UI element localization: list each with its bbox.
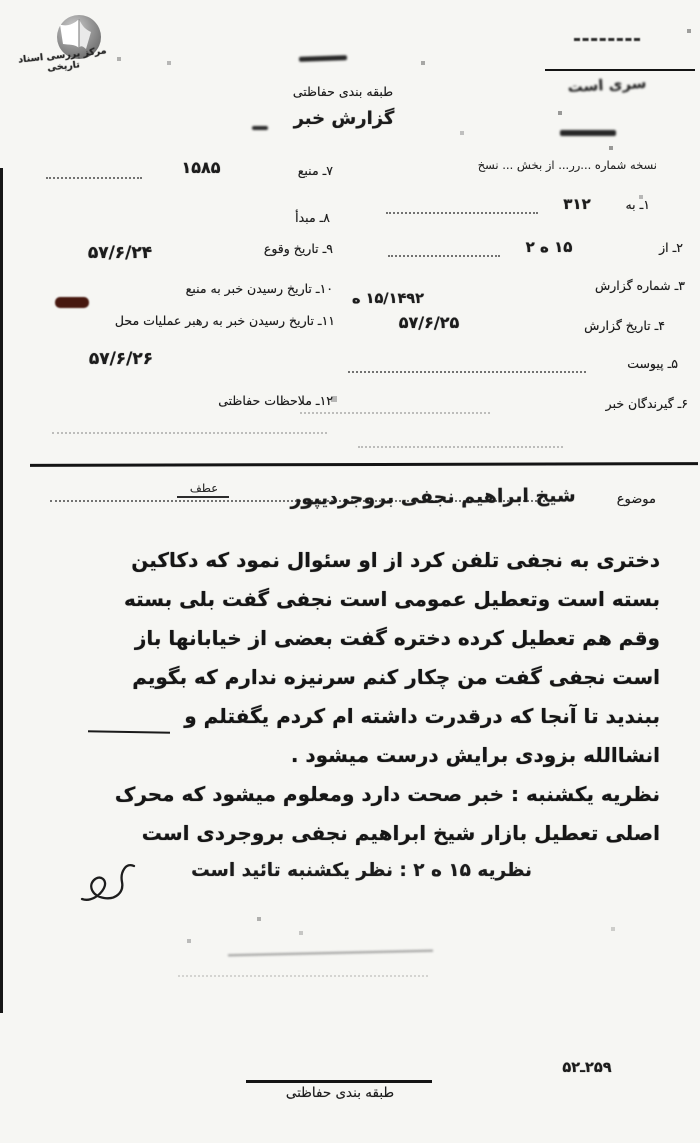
field-6-label: ۶ـ گیرندگان خبر (543, 396, 688, 411)
scanned-report-page: مرکز بررسی اسناد تاریخی سری است طبقه بند… (0, 0, 700, 1143)
ink-smudge (299, 55, 347, 62)
field-1-value: ۳۱۲ (545, 195, 609, 213)
dotted-leader (178, 975, 428, 978)
reference-underline (177, 496, 229, 498)
subject-label: موضوع (594, 492, 656, 507)
faint-scan-line (228, 950, 433, 957)
field-5-label: ۵ـ پیوست (588, 356, 678, 371)
subject-value: شیخ ابراهیم نجفی بروجردیپور (272, 484, 594, 509)
report-body-text: دختری به نجفی تلفن کرد از او سئوال نمود … (38, 541, 660, 853)
field-3-value: ۱۵/۱۴۹۲ ه (328, 291, 448, 307)
field-4-label: ۴ـ تاریخ گزارش (515, 318, 665, 333)
dotted-leader (300, 412, 490, 415)
field-12-label: ۱۲ـ ملاحظات حفاظتی (138, 393, 333, 408)
dotted-leader (348, 371, 586, 374)
field-7-value: ۱۵۸۵ (158, 158, 244, 177)
page-number: ۵۲ـ۲۵۹ (528, 1060, 646, 1076)
signature-scribble-icon (76, 858, 140, 908)
report-title: گزارش خبر (286, 108, 402, 129)
dotted-leader (46, 177, 142, 180)
top-margin-marks (574, 38, 640, 41)
copy-number-line: نسخه شماره ...رر... از بخش ... نسخ (325, 158, 657, 172)
scan-noise (0, 0, 2, 2)
receipt-stamp-blob (55, 297, 89, 308)
field-3-label: ۳ـ شماره گزارش (545, 278, 685, 293)
field-8-label: ۸ـ مبدأ (250, 210, 330, 225)
field-7-label: ۷ـ منبع (241, 163, 333, 178)
field-9-value: ۵۷/۶/۲۴ (45, 243, 195, 263)
handwritten-classification: سری است (552, 73, 663, 97)
divider-rule (30, 462, 698, 466)
unit-opinion: نظریه ۱۵ ه ۲ : نظر یکشنبه تائید است (191, 860, 532, 881)
ink-smudge-3 (252, 126, 268, 130)
ink-smudge-2 (560, 130, 616, 136)
scan-edge-line (0, 168, 3, 1013)
dotted-leader (358, 446, 563, 449)
field-4-value: ۵۷/۶/۲۵ (358, 313, 500, 332)
field-9-label: ۹ـ تاریخ وقوع (183, 241, 333, 256)
field-2-label: ۲ـ از (628, 240, 683, 255)
field-10-label: ۱۰ـ تاریخ رسیدن خبر به منبع (85, 281, 333, 296)
field-11-value: ۵۷/۶/۲۶ (45, 349, 197, 369)
dotted-leader (388, 255, 500, 258)
dotted-leader (386, 212, 538, 215)
dotted-leader (52, 432, 327, 435)
footer-stamp-overline (246, 1080, 432, 1083)
classification-label: طبقه بندی حفاظتی (276, 84, 410, 99)
reference-label: عطف (181, 481, 227, 495)
field-2-value: ۱۵ ه ۲ (506, 238, 592, 256)
archive-name: مرکز بررسی اسناد تاریخی (3, 44, 123, 78)
footer-stamp: طبقه بندی حفاظتی (250, 1085, 430, 1101)
classification-overline (545, 69, 695, 71)
field-11-label: ۱۱ـ تاریخ رسیدن خبر به رهبر عملیات محل (80, 308, 335, 334)
